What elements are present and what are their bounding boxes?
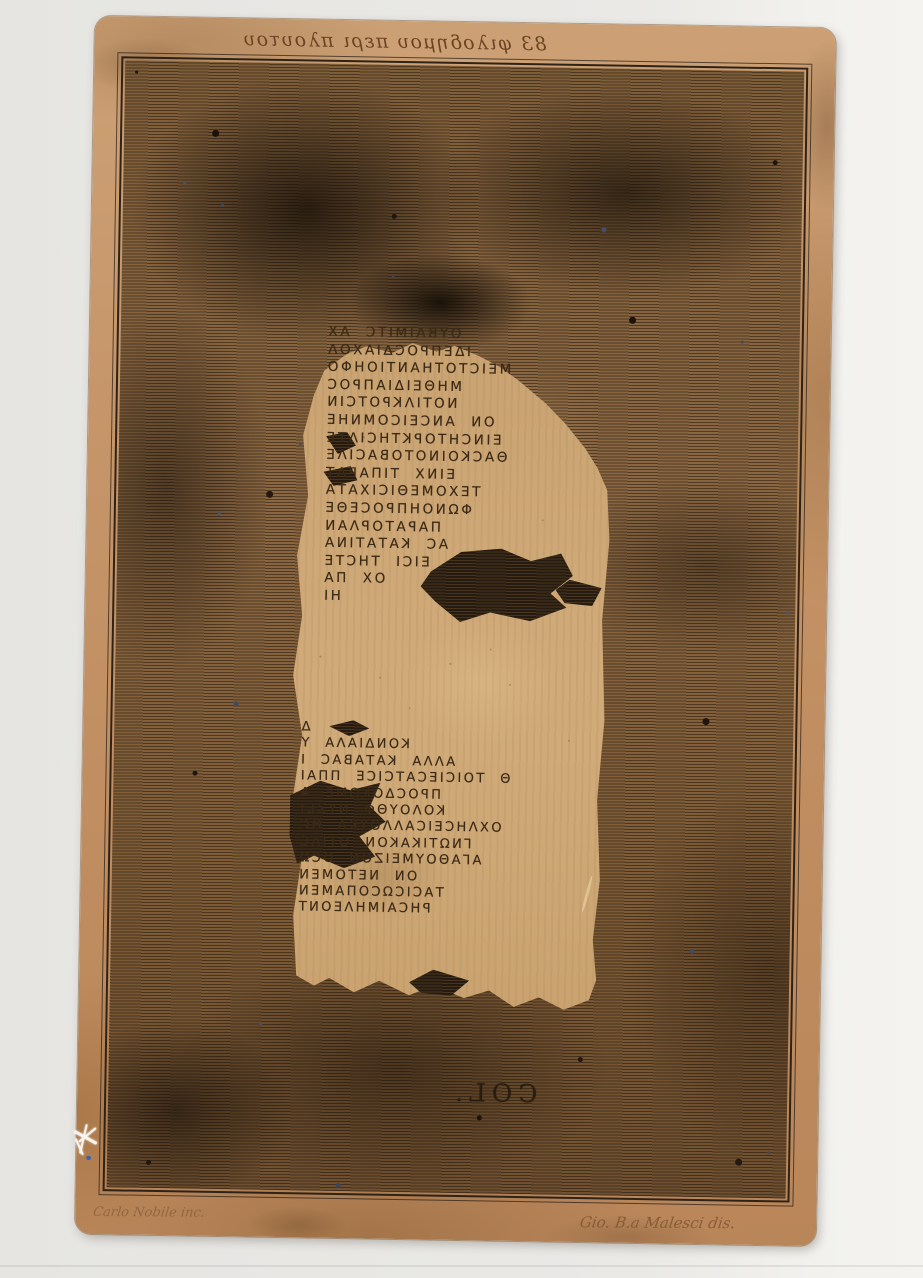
backdrop-seam [0, 1265, 923, 1267]
oxidation-specks [183, 181, 186, 184]
blue-fiber-speck [86, 1156, 91, 1160]
light-scratch [581, 875, 594, 912]
draftsman-signature: Gio. B.a Malesci dis. [579, 1213, 822, 1232]
engraver-signature: Carlo Nobile inc. [92, 1205, 274, 1221]
lower-text-block: ΔΚΟΝΔΙΑΛΑ ΥΑΛΛΑ ΚΑΤΑΒΑϹ ΙΘ ΤΟΙϹΙΕϹΑΤϹΙϹΕ… [296, 719, 583, 921]
column-label: COL. [433, 1078, 553, 1109]
thread-fluff [68, 1116, 103, 1165]
photo-backdrop: 83 φιλοδημου περι πλουτου ΟΥΒΑΙΜΙΤϹ ΑΧΙΔ… [0, 0, 923, 1278]
pitting-specks [135, 71, 138, 74]
upper-text-block: ΟΥΒΑΙΜΙΤϹ ΑΧΙΔΕΠΡΟϹΔΙΑΧΟΛΜΕΙϹΤΟΤΗΑΝΤΙΟΗΦ… [321, 324, 600, 610]
copper-plate: 83 φιλοδημου περι πλουτου ΟΥΒΑΙΜΙΤϹ ΑΧΙΔ… [75, 16, 836, 1246]
